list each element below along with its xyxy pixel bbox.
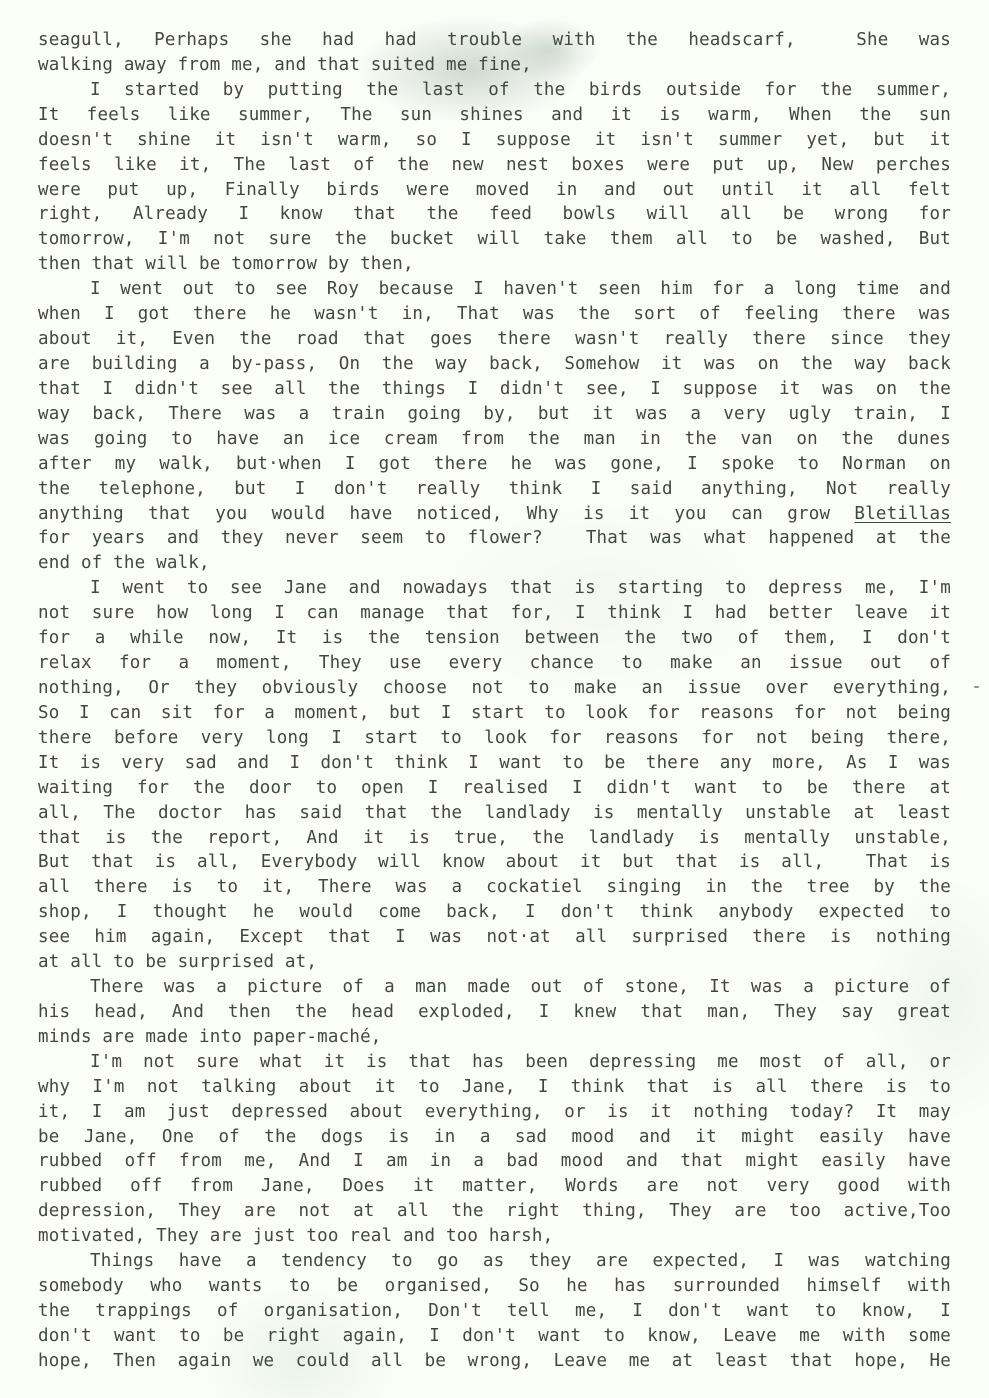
line-text: right, Already I know that the feed bowl… xyxy=(38,204,951,224)
text-line: walking away from me, and that suited me… xyxy=(38,53,951,78)
line-text: shop, I thought he would come back, I do… xyxy=(38,902,951,922)
text-line: relax for a moment, They use every chanc… xyxy=(38,651,951,676)
line-text: why I'm not talking about it to Jane, I … xyxy=(38,1077,951,1097)
text-line: the telephone, but I don't really think … xyxy=(38,477,951,502)
typewritten-page: seagull, Perhaps she had had trouble wit… xyxy=(0,0,989,1398)
line-text: There was a picture of a man made out of… xyxy=(90,977,951,997)
line-text: was going to have an ice cream from the … xyxy=(38,429,951,449)
text-line: for a while now, It is the tension betwe… xyxy=(38,626,951,651)
line-text: there before very long I start to look f… xyxy=(38,728,951,748)
text-line: I'm not sure what it is that has been de… xyxy=(38,1050,951,1075)
line-text: all there is to it, There was a cockatie… xyxy=(38,877,951,897)
line-text: about it, Even the road that goes there … xyxy=(38,329,951,349)
text-line: So I can sit for a moment, but I start t… xyxy=(38,701,951,726)
line-text: then that will be tomorrow by then, xyxy=(38,254,414,274)
text-line: for years and they never seem to flower?… xyxy=(38,526,951,551)
line-text: I went to see Jane and nowadays that is … xyxy=(90,578,951,598)
text-line: right, Already I know that the feed bowl… xyxy=(38,202,951,227)
line-text: for a while now, It is the tension betwe… xyxy=(38,628,951,648)
text-line: rubbed off from Jane, Does it matter, Wo… xyxy=(38,1174,951,1199)
text-line: there before very long I start to look f… xyxy=(38,726,951,751)
line-text: anything that you would have noticed, Wh… xyxy=(38,504,854,524)
line-text: were put up, Finally birds were moved in… xyxy=(38,180,951,200)
line-text: minds are made into paper-maché, xyxy=(38,1027,382,1047)
line-text: be Jane, One of the dogs is in a sad moo… xyxy=(38,1127,951,1147)
text-line: when I got there he wasn't in, That was … xyxy=(38,302,951,327)
line-text: the telephone, but I don't really think … xyxy=(38,479,951,499)
underlined-plant-name: Bletillas xyxy=(854,504,951,524)
text-line: it, I am just depressed about everything… xyxy=(38,1100,951,1125)
text-line: don't want to be right again, I don't wa… xyxy=(38,1324,951,1349)
text-line: motivated, They are just too real and to… xyxy=(38,1224,951,1249)
text-line: about it, Even the road that goes there … xyxy=(38,327,951,352)
text-line: end of the walk, xyxy=(38,551,951,576)
text-line: nothing, Or they obviously choose not to… xyxy=(38,676,951,701)
text-line: But that is all, Everybody will know abo… xyxy=(38,850,951,875)
text-line: the trappings of organisation, Don't tel… xyxy=(38,1299,951,1324)
line-text: for years and they never seem to flower?… xyxy=(38,528,951,548)
text-line: seagull, Perhaps she had had trouble wit… xyxy=(38,28,951,53)
line-text: nothing, Or they obviously choose not to… xyxy=(38,678,951,698)
text-line: It feels like summer, The sun shines and… xyxy=(38,103,951,128)
text-line: doesn't shine it isn't warm, so I suppos… xyxy=(38,128,951,153)
line-text: it, I am just depressed about everything… xyxy=(38,1102,951,1122)
line-text: But that is all, Everybody will know abo… xyxy=(38,852,951,872)
line-text: after my walk, but·when I got there he w… xyxy=(38,454,951,474)
line-text: It feels like summer, The sun shines and… xyxy=(38,105,951,125)
text-line: minds are made into paper-maché, xyxy=(38,1025,951,1050)
text-line: tomorrow, I'm not sure the bucket will t… xyxy=(38,227,951,252)
text-line: why I'm not talking about it to Jane, I … xyxy=(38,1075,951,1100)
text-line: was going to have an ice cream from the … xyxy=(38,427,951,452)
text-line: Things have a tendency to go as they are… xyxy=(38,1249,951,1274)
line-text: feels like it, The last of the new nest … xyxy=(38,155,951,175)
line-text: Things have a tendency to go as they are… xyxy=(90,1251,951,1271)
text-line: hope, Then again we could all be wrong, … xyxy=(38,1349,951,1374)
line-text: seagull, Perhaps she had had trouble wit… xyxy=(38,30,951,50)
line-text: hope, Then again we could all be wrong, … xyxy=(38,1351,951,1371)
text-line: all, The doctor has said that the landla… xyxy=(38,801,951,826)
text-line: waiting for the door to open I realised … xyxy=(38,776,951,801)
line-text: the trappings of organisation, Don't tel… xyxy=(38,1301,951,1321)
line-text: that is the report, And it is true, the … xyxy=(38,828,951,848)
body-text: seagull, Perhaps she had had trouble wit… xyxy=(38,28,951,1374)
text-line: at all to be surprised at, xyxy=(38,950,951,975)
text-line: that I didn't see all the things I didn'… xyxy=(38,377,951,402)
line-text: waiting for the door to open I realised … xyxy=(38,778,951,798)
text-line: after my walk, but·when I got there he w… xyxy=(38,452,951,477)
line-text: rubbed off from Jane, Does it matter, Wo… xyxy=(38,1176,951,1196)
line-text: not sure how long I can manage that for,… xyxy=(38,603,951,623)
text-line: all there is to it, There was a cockatie… xyxy=(38,875,951,900)
text-line: then that will be tomorrow by then, xyxy=(38,252,951,277)
line-text: that I didn't see all the things I didn'… xyxy=(38,379,951,399)
line-text: end of the walk, xyxy=(38,553,210,573)
line-text: his head, And then the head exploded, I … xyxy=(38,1002,951,1022)
text-line: It is very sad and I don't think I want … xyxy=(38,751,951,776)
line-text: at all to be surprised at, xyxy=(38,952,317,972)
text-line: were put up, Finally birds were moved in… xyxy=(38,178,951,203)
text-line: be Jane, One of the dogs is in a sad moo… xyxy=(38,1125,951,1150)
text-line: anything that you would have noticed, Wh… xyxy=(38,502,951,527)
text-line: feels like it, The last of the new nest … xyxy=(38,153,951,178)
line-text: I started by putting the last of the bir… xyxy=(90,80,951,100)
text-line: shop, I thought he would come back, I do… xyxy=(38,900,951,925)
text-line: his head, And then the head exploded, I … xyxy=(38,1000,951,1025)
text-line: depression, They are not at all the righ… xyxy=(38,1199,951,1224)
line-text: depression, They are not at all the righ… xyxy=(38,1201,951,1221)
text-line: I started by putting the last of the bir… xyxy=(38,78,951,103)
text-line: not sure how long I can manage that for,… xyxy=(38,601,951,626)
line-text: doesn't shine it isn't warm, so I suppos… xyxy=(38,130,951,150)
line-text: see him again, Except that I was not·at … xyxy=(38,927,951,947)
line-text: somebody who wants to be organised, So h… xyxy=(38,1276,951,1296)
line-text: tomorrow, I'm not sure the bucket will t… xyxy=(38,229,951,249)
line-text: are building a by-pass, On the way back,… xyxy=(38,354,951,374)
line-text: So I can sit for a moment, but I start t… xyxy=(38,703,951,723)
text-line: are building a by-pass, On the way back,… xyxy=(38,352,951,377)
line-text: rubbed off from me, And I am in a bad mo… xyxy=(38,1151,951,1171)
text-line: that is the report, And it is true, the … xyxy=(38,826,951,851)
line-text: relax for a moment, They use every chanc… xyxy=(38,653,951,673)
text-line: There was a picture of a man made out of… xyxy=(38,975,951,1000)
line-text: I went out to see Roy because I haven't … xyxy=(90,279,951,299)
line-text: when I got there he wasn't in, That was … xyxy=(38,304,951,324)
line-text: motivated, They are just too real and to… xyxy=(38,1226,553,1246)
text-line: see him again, Except that I was not·at … xyxy=(38,925,951,950)
line-text: It is very sad and I don't think I want … xyxy=(38,753,951,773)
line-text: don't want to be right again, I don't wa… xyxy=(38,1326,951,1346)
stray-ink-mark xyxy=(974,686,979,688)
line-text: walking away from me, and that suited me… xyxy=(38,55,532,75)
line-text: I'm not sure what it is that has been de… xyxy=(90,1052,951,1072)
line-text: way back, There was a train going by, bu… xyxy=(38,404,951,424)
text-line: rubbed off from me, And I am in a bad mo… xyxy=(38,1149,951,1174)
text-line: way back, There was a train going by, bu… xyxy=(38,402,951,427)
text-line: I went out to see Roy because I haven't … xyxy=(38,277,951,302)
line-text: all, The doctor has said that the landla… xyxy=(38,803,951,823)
text-line: I went to see Jane and nowadays that is … xyxy=(38,576,951,601)
text-line: somebody who wants to be organised, So h… xyxy=(38,1274,951,1299)
